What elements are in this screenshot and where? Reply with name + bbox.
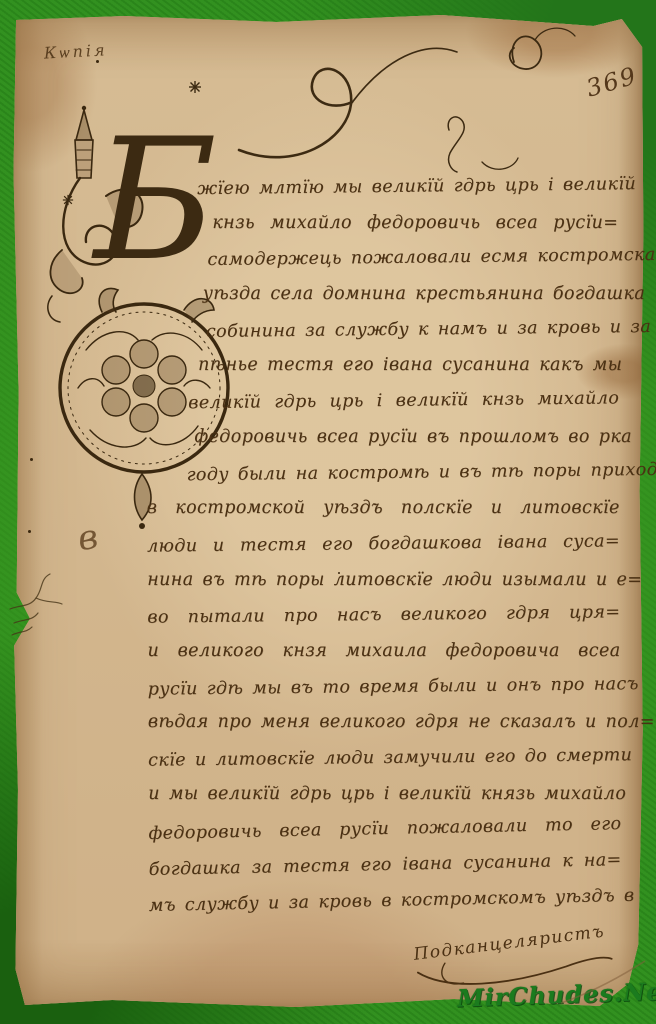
manuscript-line: люди и тестя его богдашкова івана суса=	[147, 524, 620, 565]
manuscript-line: уѣзда села домнина крестьянина богдашка	[146, 277, 619, 313]
ink-speck	[30, 458, 33, 461]
manuscript-line: скїе и литовскїе люди замучили его до см…	[148, 738, 621, 779]
flourish-swirl-icon	[235, 12, 635, 177]
paper-tear	[6, 565, 68, 643]
ink-speck	[338, 572, 340, 574]
tear-crack-icon	[6, 565, 68, 643]
manuscript-line: кнзь михайло федоровичь всеа русїи=	[145, 206, 618, 242]
manuscript-line: в костромской уѣздъ полскїе и литовскїе	[147, 491, 620, 527]
manuscript-line: вѣдая про меня великого гдря не сказалъ …	[148, 705, 621, 741]
crease-line-icon	[555, 955, 650, 1010]
manuscript-line: русїи гдѣ мы въ то время были и онъ про …	[148, 667, 621, 708]
manuscript-line: самодержець пожаловали есмя костромскаго	[145, 239, 618, 280]
manuscript-line: великїй гдрь црь і великїй кнзь михайло	[146, 381, 619, 422]
manuscript-line: жїею млтїю мы великїй гдрь црь і великїй	[145, 167, 618, 208]
manuscript-line: году были на костромѣ и въ тѣ поры прихо…	[146, 453, 619, 494]
paper-crease	[555, 955, 650, 1010]
manuscript-line: во пытали про насъ великого гдря цря=	[147, 596, 620, 637]
header-flourish-ornament	[235, 12, 635, 177]
manuscript-line: федоровичь всеа русїи въ прошломъ во рка	[146, 420, 619, 456]
manuscript-line: и мы великїй гдрь црь і великїй князь ми…	[148, 777, 621, 813]
manuscript-line: пѣнье тестя его івана сусанина какъ мы	[146, 348, 619, 384]
manuscript-line: собинина за службу к намъ и за кровь и з…	[146, 310, 619, 351]
star-mark-icon	[188, 80, 202, 94]
manuscript-text: жїею млтїю мы великїй гдрь црь і великїй…	[145, 169, 622, 921]
ink-speck	[96, 60, 99, 63]
manuscript-line: и великого кнзя михаила федоровича всеа	[148, 634, 621, 670]
ink-speck	[28, 530, 31, 533]
manuscript-line: нина въ тѣ поры литовскїе люди изымали и…	[147, 563, 620, 599]
